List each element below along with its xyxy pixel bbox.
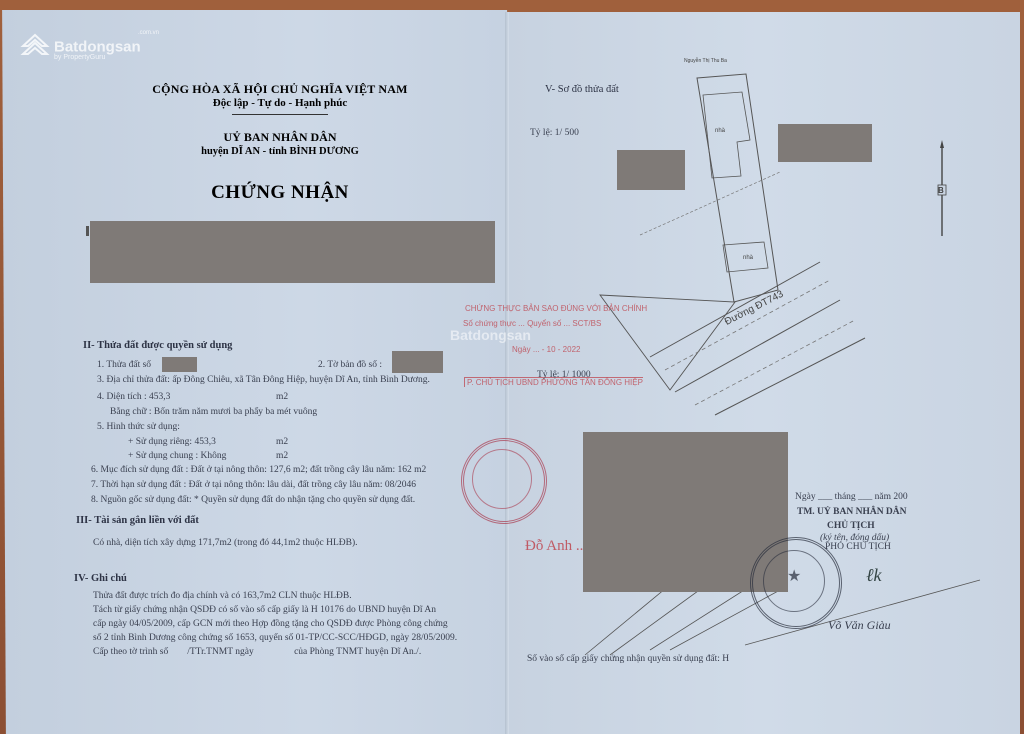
certifier-signer-name: Đỗ Anh ... [525,538,587,555]
top-road-label: Nguyễn Thị Thu Ba [684,58,727,64]
certified-copy-stamp-line1: CHỨNG THỰC BẢN SAO ĐÚNG VỚI BẢN CHÍNH [465,304,647,313]
signature-role: CHỦ TỊCH [827,521,875,531]
seal-star-icon: ★ [787,566,801,586]
handwritten-signature: ℓk [866,565,882,586]
house-label-upper: nhà [715,128,725,134]
signer-name: Võ Văn Giàu [828,618,891,633]
house-label-lower: nhà [743,255,753,261]
center-watermark: Batdongsan [450,327,531,343]
signature-org: TM. UỶ BAN NHÂN DÂN [797,507,907,517]
signature-date: Ngày ___ tháng ___ năm 200 [795,492,908,502]
certified-copy-stamp-date: Ngày ... - 10 - 2022 [512,345,580,354]
inset-scale: Tỷ lệ: 1/ 1000 [537,370,591,380]
signature-deputy: PHÓ CHỦ TỊCH [825,542,891,552]
north-arrow-label: B [938,186,944,195]
official-seal: ★ [750,537,842,629]
registry-number-label: Số vào sổ cấp giấy chứng nhận quyền sử d… [527,654,729,664]
